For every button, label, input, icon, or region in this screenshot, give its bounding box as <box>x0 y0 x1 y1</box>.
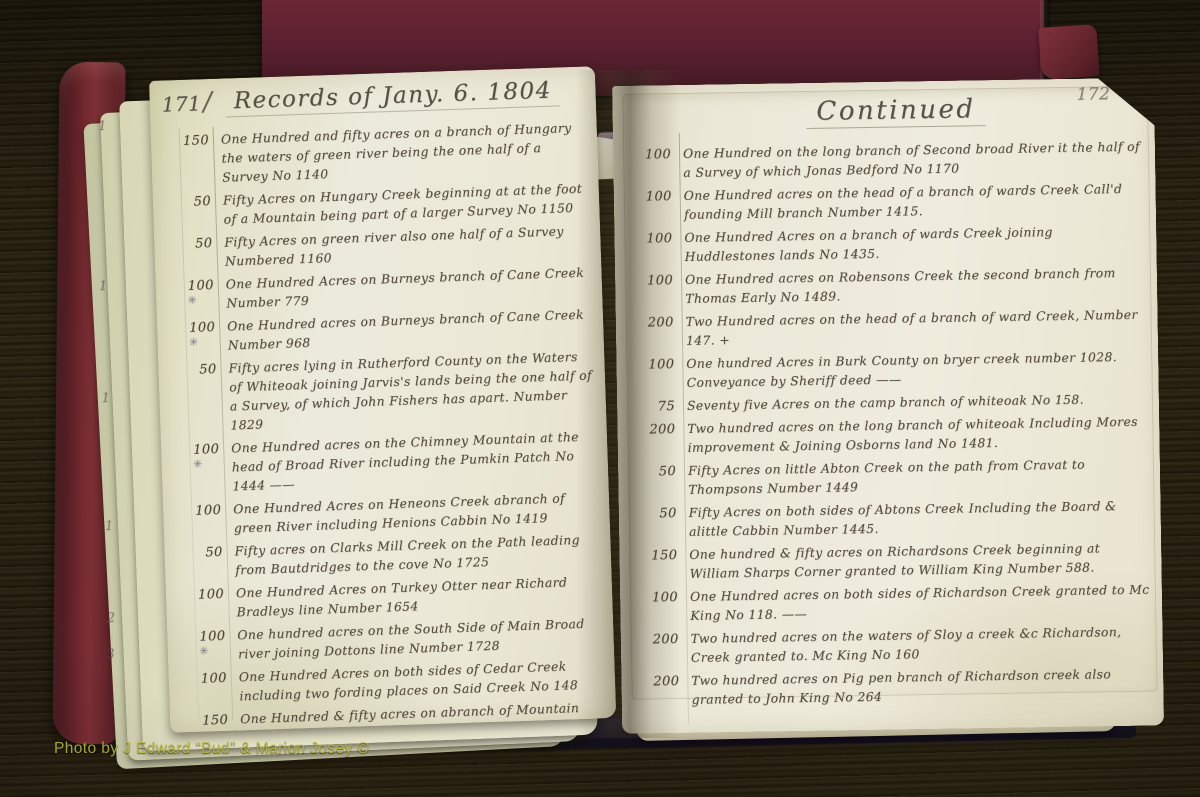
entry-margin-mark: ✳ <box>170 295 214 305</box>
entry-amount-value: 100 <box>201 671 227 687</box>
ledger-entry: 100✳One Hundred acres on the Chimney Mou… <box>175 427 599 498</box>
entry-amount: 100← <box>628 187 685 226</box>
entry-text: One Hundred and fifty acres on a branch … <box>221 119 589 188</box>
entry-amount-value: 100 <box>199 629 225 645</box>
entry-margin-mark: ✳ <box>172 337 216 347</box>
right-page-title: Continued <box>806 94 986 129</box>
entry-amount: 75 <box>631 397 687 417</box>
entry-amount-value: 100 <box>189 320 215 336</box>
edge-digit: 1 <box>101 391 110 406</box>
entry-text: One Hundred Acres on Burneys branch of C… <box>225 263 592 313</box>
entry-amount-value: 150 <box>202 713 228 729</box>
entry-amount-value: 100 <box>646 189 672 204</box>
entry-amount-value: 200 <box>653 674 679 689</box>
entry-amount: 50 <box>633 504 690 543</box>
entry-amount: 100 <box>634 588 691 627</box>
entry-amount: 100 <box>629 271 686 310</box>
ledger-entry: 100One Hundred on the long branch of Sec… <box>627 138 1146 184</box>
entry-text: Fifty Acres on little Abton Creek on the… <box>688 455 1151 500</box>
entry-amount: 100 <box>630 355 687 394</box>
ledger-entry: 50Fifty acres lying in Rutherford County… <box>172 347 596 437</box>
ledger-entry: 100One Hundred acres on both sides of Ri… <box>634 581 1153 627</box>
entry-amount: 100 <box>628 229 685 268</box>
entry-margin-mark: ✳ <box>182 646 226 656</box>
entry-amount: 50 <box>632 462 689 501</box>
entry-amount: 200 <box>635 672 692 711</box>
entry-amount-value: 100 <box>198 587 224 603</box>
right-page-entries: 100One Hundred on the long branch of Sec… <box>627 138 1154 711</box>
entry-text: One Hundred acres on Burneys branch of C… <box>227 305 594 355</box>
entry-text: One Hundred acres on Robensons Creek the… <box>685 264 1148 309</box>
ledger-entry: 100One hundred Acres in Burk County on b… <box>630 348 1149 394</box>
left-page-entries: 150One Hundred and fifty acres on a bran… <box>165 119 608 733</box>
entry-amount-value: 50 <box>199 362 217 378</box>
entry-amount-value: 200 <box>648 315 674 330</box>
entry-margin-mark: ✳ <box>176 459 220 469</box>
entry-text: One hundred acres on the South Side of M… <box>237 614 604 664</box>
entry-text: One Hundred acres on both sides of Richa… <box>690 581 1153 626</box>
ledger-entry: 75Seventy five Acres on the camp branch … <box>631 390 1149 417</box>
entry-text: One Hundred Acres on Turkey Otter near R… <box>236 572 603 622</box>
ledger-cover-corner-top-right <box>1038 24 1099 80</box>
right-page: Continued 172 100One Hundred on the long… <box>612 77 1164 733</box>
entry-text: One hundred Acres in Burk County on brye… <box>686 348 1149 393</box>
entry-text: One hundred & fifty acres on Richardsons… <box>689 539 1152 584</box>
entry-amount: 150 <box>184 710 242 732</box>
ledger-entry: 100One Hundred Acres on a branch of ward… <box>628 222 1147 268</box>
right-page-number: 172 <box>1076 84 1110 105</box>
ledger-entry: 200Two Hundred acres on the head of a br… <box>630 306 1149 352</box>
entry-text: Fifty acres lying in Rutherford County o… <box>228 347 596 435</box>
entry-text: Two hundred acres on Pig pen branch of R… <box>691 665 1154 710</box>
ledger-entry: 50Fifty Acres on little Abton Creek on t… <box>632 455 1151 501</box>
ledger-entry: 200Two hundred acres on the waters of Sl… <box>635 623 1154 669</box>
entry-amount-value: 100 <box>647 273 673 288</box>
entry-text: One Hundred Acres on both sides of Cedar… <box>239 656 606 706</box>
entry-amount-value: 200 <box>649 422 675 437</box>
ledger-entry: 200Two hundred acres on Pig pen branch o… <box>635 665 1154 711</box>
entry-amount: 150 <box>633 546 690 585</box>
ledger-entry: 100One Hundred acres on Robensons Creek … <box>629 264 1148 310</box>
entry-amount-value: 100 <box>648 357 674 372</box>
left-page-title: Records of Jany. 6. 1804 <box>225 77 560 117</box>
entry-text: Fifty Acres on both sides of Abtons Cree… <box>689 497 1152 542</box>
edge-digit: 1 <box>98 279 107 294</box>
entry-text: Two hundred acres on the waters of Sloy … <box>691 623 1154 668</box>
entry-amount-value: 150 <box>651 548 677 563</box>
entry-amount-value: 100 <box>193 442 219 458</box>
entry-amount-value: 50 <box>193 194 211 210</box>
edge-digit: 2 <box>106 611 115 626</box>
entry-text: Seventy five Acres on the camp branch of… <box>687 390 1149 416</box>
entry-text: One Hundred Acres on Heneons Creek abran… <box>233 488 600 538</box>
page-number-flourish: ∕ <box>203 87 213 117</box>
entry-amount-value: 100 <box>195 503 221 519</box>
entry-amount-value: 50 <box>195 236 213 252</box>
entry-amount-value: 100 <box>645 147 671 162</box>
entry-amount-value: 100 <box>188 278 214 294</box>
entry-amount-value: 50 <box>659 464 677 479</box>
right-page-header: Continued 172 <box>628 90 1137 144</box>
entry-text: Fifty Acres on green river also one half… <box>224 221 591 271</box>
entry-amount: 200 <box>630 313 687 352</box>
entry-amount-value: 100 <box>646 231 672 246</box>
entry-text: One Hundred Acres on a branch of wards C… <box>684 222 1147 267</box>
ledger-photo-scene: 111123 171∕ Records of Jany. 6. 1804 150… <box>0 0 1200 797</box>
entry-amount-value: 50 <box>659 506 677 521</box>
entry-amount: 200 <box>635 630 692 669</box>
ledger-entry: 200Two hundred acres on the long branch … <box>631 413 1150 459</box>
entry-amount-value: 50 <box>205 545 223 561</box>
entry-amount-value: 150 <box>183 133 209 149</box>
entry-amount: 100 <box>627 145 684 184</box>
edge-digit: 3 <box>106 647 115 662</box>
ledger-entry: 100←One Hundred acres on the head of a b… <box>628 180 1147 226</box>
edge-digit: 1 <box>98 119 107 134</box>
edge-digit: 1 <box>105 519 114 534</box>
photo-watermark: Photo by J Edward “Bud” & Marion Josey © <box>54 740 369 758</box>
entry-text: Two Hundred acres on the head of a branc… <box>686 306 1149 351</box>
entry-text: Fifty Acres on Hungary Creek beginning a… <box>223 179 590 229</box>
entry-amount: 200 <box>631 420 688 459</box>
ledger-entry: 150One hundred & fifty acres on Richards… <box>633 539 1152 585</box>
entry-amount-value: 75 <box>658 399 676 414</box>
ledger-entry: 50Fifty Acres on both sides of Abtons Cr… <box>633 497 1152 543</box>
entry-text: One Hundred acres on the head of a branc… <box>684 180 1147 225</box>
entry-text: One Hundred on the long branch of Second… <box>683 138 1146 183</box>
entry-amount-value: 200 <box>653 632 679 647</box>
left-page-number: 171∕ <box>161 87 213 119</box>
entry-amount-value: 100 <box>652 590 678 605</box>
left-page: 171∕ Records of Jany. 6. 1804 150One Hun… <box>149 66 616 732</box>
entry-text: Fifty acres on Clarks Mill Creek on the … <box>234 530 601 580</box>
entry-text: One Hundred acres on the Chimney Mountai… <box>231 427 599 496</box>
entry-text: Two hundred acres on the long branch of … <box>687 413 1150 458</box>
ledger-entry: 150One Hundred and fifty acres on a bran… <box>165 119 589 190</box>
